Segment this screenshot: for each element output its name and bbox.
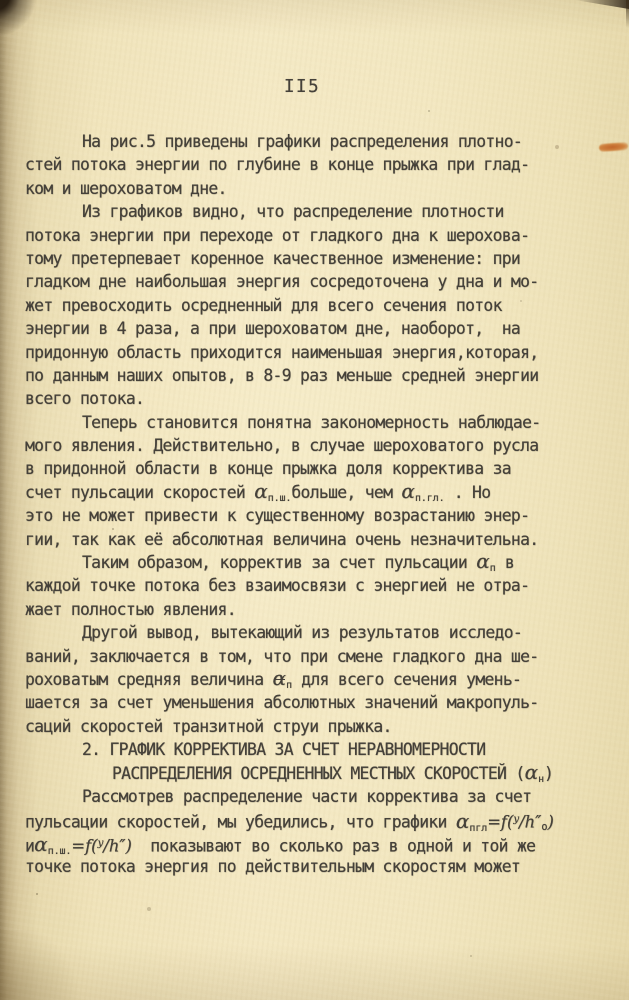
alpha-symbol: αп.ш.: [254, 483, 291, 502]
text-line-22: ваний, заключается в том, что при смене …: [25, 645, 585, 668]
text-line-20: жает полностью явления.: [25, 598, 585, 621]
text-line-1: стей потока энергии по глубине в конце п…: [25, 153, 585, 176]
text-line-11: всего потока.: [25, 387, 585, 410]
text-line-23: роховатым средняя величина αп для всего …: [25, 668, 585, 691]
text-line-6: гладком дне наибольшая энергия сосредото…: [25, 270, 585, 293]
text-line-12: Теперь становится понятна закономерность…: [25, 411, 585, 434]
alpha-symbol: αп.ш.: [34, 836, 71, 855]
paper-specks: [0, 0, 2, 2]
text-line-2: ком и шероховатом дне.: [25, 177, 585, 200]
text-line-16: это не может привести к существенному во…: [25, 504, 585, 527]
text-line-29: пульсации скоростей, мы убедились, что г…: [25, 808, 585, 831]
scan-shadow-bottom-left: [0, 930, 90, 1000]
text-line-15: счет пульсации скоростей αп.ш.больше, че…: [25, 481, 585, 504]
text-line-26: 2. ГРАФИК КОРРЕКТИВА ЗА СЧЕТ НЕРАВНОМЕРН…: [25, 738, 585, 761]
ink-smudge: [599, 142, 628, 152]
alpha-symbol: αп.гл.: [401, 483, 444, 502]
page-text: На рис.5 приведены графики распределения…: [25, 130, 585, 879]
math-expression: /h″): [103, 836, 132, 855]
scan-shadow-top-left: [0, 0, 58, 50]
alpha-symbol: αп: [273, 670, 292, 689]
text-line-24: шается за счет уменьшения абсолютных зна…: [25, 691, 585, 714]
text-line-28: Рассмотрев распределение части корректив…: [25, 785, 585, 808]
text-line-9: придонную область приходится наименьшая …: [25, 341, 585, 364]
text-line-8: энергии в 4 раза, а при шероховатом дне,…: [25, 317, 585, 340]
text-line-10: по данным наших опытов, в 8-9 раз меньше…: [25, 364, 585, 387]
math-expression: =f(: [487, 813, 513, 832]
text-line-7: жет превосходить осредненный для всего с…: [25, 294, 585, 317]
text-line-14: в придонной области в конце прыжка доля …: [25, 457, 585, 480]
text-line-18: Таким образом, корректив за счет пульсац…: [25, 551, 585, 574]
text-line-19: каждой точке потока без взаимосвязи с эн…: [25, 574, 585, 597]
scanned-page: II5 На рис.5 приведены графики распредел…: [0, 0, 629, 1000]
text-line-3: Из графиков видно, что распределение пло…: [25, 200, 585, 223]
text-line-21: Другой вывод, вытекающий из результатов …: [25, 621, 585, 644]
math-expression: =f(: [71, 836, 97, 855]
text-line-27: РАСПРЕДЕЛЕНИЯ ОСРЕДНЕННЫХ МЕСТНЫХ СКОРОС…: [25, 762, 585, 785]
scan-shadow-top-right: [575, 0, 629, 9]
text-line-5: тому претерпевает коренное качественное …: [25, 247, 585, 270]
alpha-symbol: αн: [525, 764, 544, 783]
math-expression: ): [547, 813, 553, 832]
page-number: II5: [284, 77, 320, 97]
text-line-4: потока энергии при переходе от гладкого …: [25, 224, 585, 247]
math-expression: /h″: [519, 813, 541, 832]
alpha-symbol: αп: [476, 553, 495, 572]
alpha-symbol: αпгл: [456, 813, 487, 832]
text-line-13: мого явления. Действительно, в случае ше…: [25, 434, 585, 457]
text-line-31: точке потока энергия по действительным с…: [25, 855, 585, 878]
text-line-17: гии, так как её абсолютная величина очен…: [25, 528, 585, 551]
text-line-30: иαп.ш.=f(y/h″) показывают во сколько раз…: [25, 832, 585, 855]
text-line-25: саций скоростей транзитной струи прыжка.: [25, 715, 585, 738]
text-line-0: На рис.5 приведены графики распределения…: [25, 130, 585, 153]
